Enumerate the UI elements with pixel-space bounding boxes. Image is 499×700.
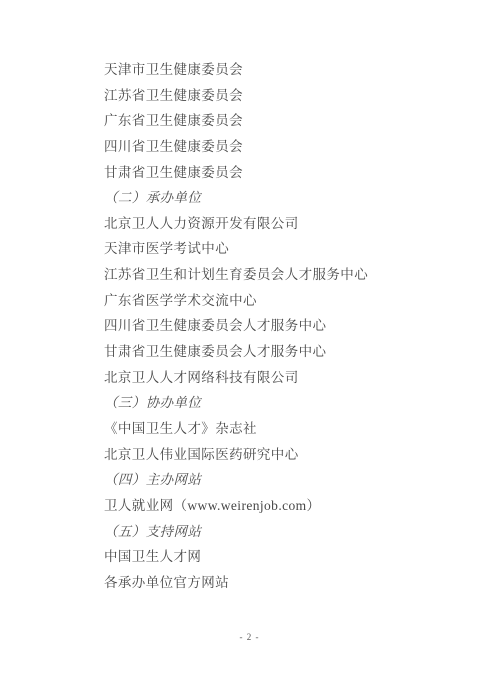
section-heading: （三）协办单位 <box>104 390 464 416</box>
text-line: 中国卫生人才网 <box>104 544 464 570</box>
document-page: 天津市卫生健康委员会江苏省卫生健康委员会广东省卫生健康委员会四川省卫生健康委员会… <box>0 0 499 700</box>
section-heading: （五）支持网站 <box>104 519 464 545</box>
section-heading: （二）承办单位 <box>104 185 464 211</box>
text-line: 北京卫人伟业国际医药研究中心 <box>104 442 464 468</box>
text-line: 《中国卫生人才》杂志社 <box>104 416 464 442</box>
text-line: 四川省卫生健康委员会 <box>104 134 464 160</box>
text-line: 天津市卫生健康委员会 <box>104 57 464 83</box>
text-line: 北京卫人人力资源开发有限公司 <box>104 211 464 237</box>
text-line: 广东省卫生健康委员会 <box>104 108 464 134</box>
text-line: 北京卫人人才网络科技有限公司 <box>104 365 464 391</box>
page-number: - 2 - <box>0 630 499 644</box>
text-line: 四川省卫生健康委员会人才服务中心 <box>104 313 464 339</box>
text-line: 各承办单位官方网站 <box>104 570 464 596</box>
text-line: 甘肃省卫生健康委员会 <box>104 160 464 186</box>
section-heading: （四）主办网站 <box>104 467 464 493</box>
text-line: 江苏省卫生和计划生育委员会人才服务中心 <box>104 262 464 288</box>
text-line: 广东省医学学术交流中心 <box>104 288 464 314</box>
text-line: 天津市医学考试中心 <box>104 236 464 262</box>
text-line: 甘肃省卫生健康委员会人才服务中心 <box>104 339 464 365</box>
text-line: 卫人就业网（www.weirenjob.com） <box>104 493 464 519</box>
text-line: 江苏省卫生健康委员会 <box>104 83 464 109</box>
document-content: 天津市卫生健康委员会江苏省卫生健康委员会广东省卫生健康委员会四川省卫生健康委员会… <box>104 57 464 595</box>
